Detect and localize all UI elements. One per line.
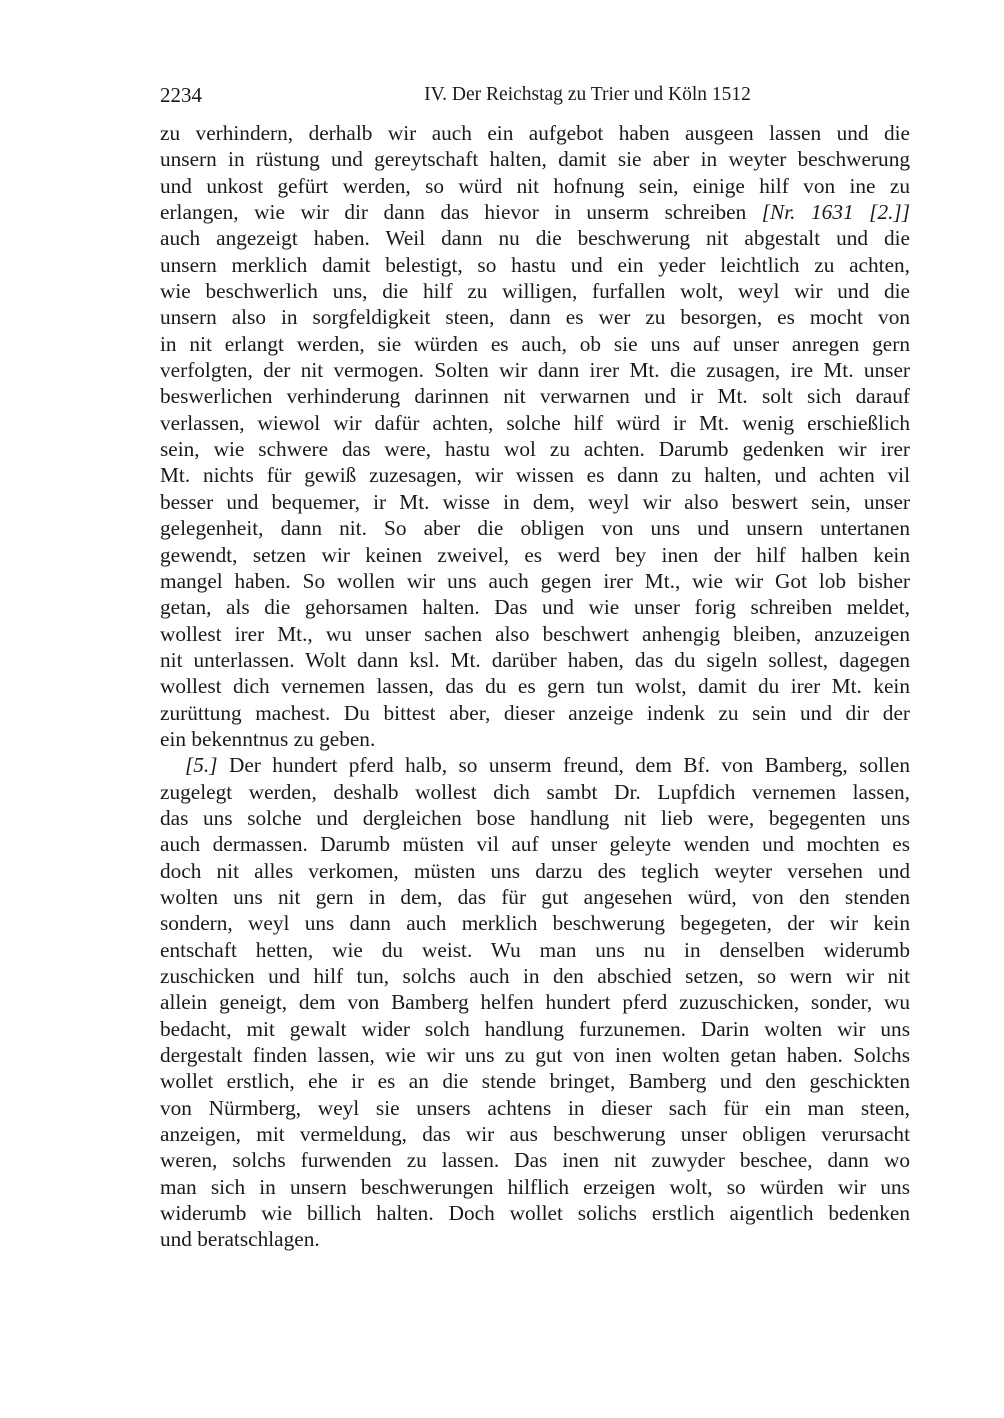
text-line: entschaft hetten, wie du weist. Wu man u… xyxy=(160,937,910,963)
text-line: unsern also in sorgfeldigkeit steen, dan… xyxy=(160,304,910,330)
text-line-with-section-marker: [5.] Der hundert pferd halb, so unserm f… xyxy=(160,752,910,778)
text-line: und unkost gefürt werden, so würd nit ho… xyxy=(160,173,910,199)
body-text: zu verhindern, derhalb wir auch ein aufg… xyxy=(160,120,910,1253)
text-line: doch nit alles verkomen, müsten uns darz… xyxy=(160,858,910,884)
running-header: 2234 IV. Der Reichstag zu Trier und Köln… xyxy=(160,80,910,110)
text-line: verlassen, wiewol wir dafür achten, solc… xyxy=(160,410,910,436)
text-line: in nit erlangt werden, sie würden es auc… xyxy=(160,331,910,357)
text-line: Mt. nichts für gewiß zuzesagen, wir wiss… xyxy=(160,462,910,488)
text-line: auch angezeigt haben. Weil dann nu die b… xyxy=(160,225,910,251)
text-line: zurüttung machest. Du bittest aber, dies… xyxy=(160,700,910,726)
text-line: beswerlichen verhinderung darinnen nit v… xyxy=(160,383,910,409)
text-line: auch dermassen. Darumb müsten vil auf un… xyxy=(160,831,910,857)
cross-reference: [Nr. 1631 [2.]] xyxy=(762,200,910,224)
text-line: zu verhindern, derhalb wir auch ein aufg… xyxy=(160,120,910,146)
text-line: von Nürmberg, weyl sie unsers achtens in… xyxy=(160,1095,910,1121)
text-line: getan, als die gehorsamen halten. Das un… xyxy=(160,594,910,620)
text-line: weren, solchs furwenden zu lassen. Das i… xyxy=(160,1147,910,1173)
text-line: wollest dich vernemen lassen, das du es … xyxy=(160,673,910,699)
paragraph-2: [5.] Der hundert pferd halb, so unserm f… xyxy=(160,752,910,1253)
text-line: gewendt, setzen wir keinen zweivel, es w… xyxy=(160,542,910,568)
text-line: besser und bequemer, ir Mt. wisse in dem… xyxy=(160,489,910,515)
paragraph-1: zu verhindern, derhalb wir auch ein aufg… xyxy=(160,120,910,752)
text-line: nit unterlassen. Wolt dann ksl. Mt. darü… xyxy=(160,647,910,673)
text-line: wollest irer Mt., wu unser sachen also b… xyxy=(160,621,910,647)
text-line: verfolgten, der nit vermogen. Solten wir… xyxy=(160,357,910,383)
text-line: widerumb wie billich halten. Doch wollet… xyxy=(160,1200,910,1226)
text-line: allein geneigt, dem von Bamberg helfen h… xyxy=(160,989,910,1015)
section-marker: [5.] xyxy=(185,753,218,777)
document-page: 2234 IV. Der Reichstag zu Trier und Köln… xyxy=(0,0,1004,1418)
running-title: IV. Der Reichstag zu Trier und Köln 1512 xyxy=(265,80,910,110)
page-number: 2234 xyxy=(160,80,202,110)
text-line: unsern in rüstung und gereytschaft halte… xyxy=(160,146,910,172)
text-line-with-reference: erlangen, wie wir dir dann das hievor in… xyxy=(160,199,910,225)
text-line: wie beschwerlich uns, die hilf zu willig… xyxy=(160,278,910,304)
text-line: gelegenheit, dann nit. So aber die oblig… xyxy=(160,515,910,541)
text-line: sondern, weyl uns dann auch merklich bes… xyxy=(160,910,910,936)
text-line: anzeigen, mit vermeldung, das wir aus be… xyxy=(160,1121,910,1147)
text-line: sein, wie schwere das were, hastu wol zu… xyxy=(160,436,910,462)
text-line: man sich in unsern beschwerungen hilflic… xyxy=(160,1174,910,1200)
text-segment: erlangen, wie wir dir dann das hievor in… xyxy=(160,200,762,224)
text-line: dergestalt finden lassen, wie wir uns zu… xyxy=(160,1042,910,1068)
text-line: zuschicken und hilf tun, solchs auch in … xyxy=(160,963,910,989)
text-line: zugelegt werden, deshalb wollest dich sa… xyxy=(160,779,910,805)
text-segment: Der hundert pferd halb, so unserm freund… xyxy=(218,753,910,777)
text-line: bedacht, mit gewalt wider solch handlung… xyxy=(160,1016,910,1042)
text-line: unsern merklich damit belestigt, so hast… xyxy=(160,252,910,278)
text-line: ein bekenntnus zu geben. xyxy=(160,726,910,752)
text-line: mangel haben. So wollen wir uns auch geg… xyxy=(160,568,910,594)
text-line: wollet erstlich, ehe ir es an die stende… xyxy=(160,1068,910,1094)
text-line: wolten uns nit gern in dem, das für gut … xyxy=(160,884,910,910)
text-line: das uns solche und dergleichen bose hand… xyxy=(160,805,910,831)
text-line: und beratschlagen. xyxy=(160,1226,910,1252)
